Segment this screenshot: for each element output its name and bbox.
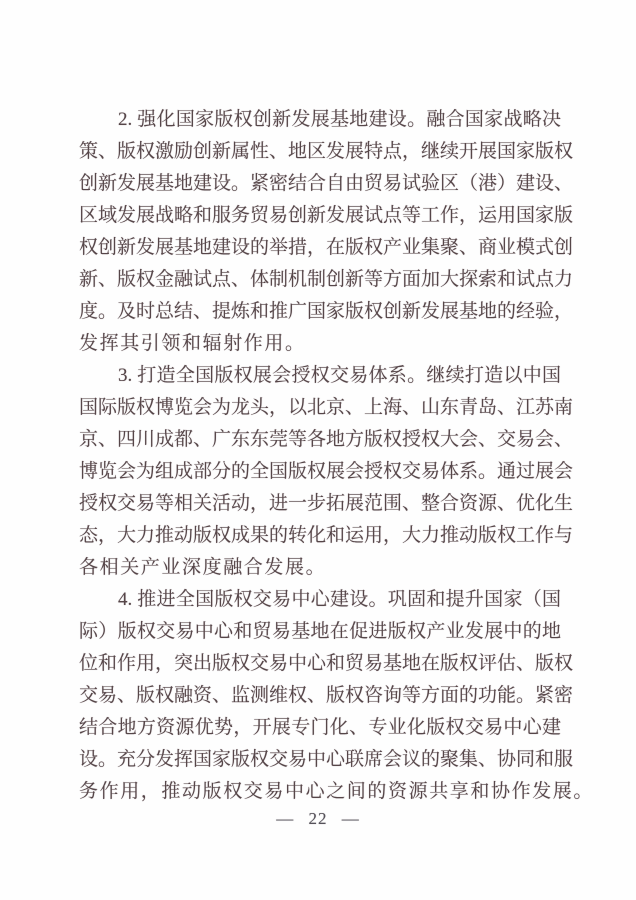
text-line: 区域发展战略和服务贸易创新发展试点等工作，运用国家版	[79, 200, 561, 232]
text-line: 京、四川成都、广东东莞等各地方版权授权大会、交易会、	[79, 424, 561, 456]
text-line: 交易、版权融资、监测维权、版权咨询等方面的功能。紧密	[79, 680, 561, 712]
text-line: 态，大力推动版权成果的转化和运用，大力推动版权工作与	[79, 520, 561, 552]
text-line: 4. 推进全国版权交易中心建设。巩固和提升国家（国	[79, 584, 561, 616]
document-page: 2. 强化国家版权创新发展基地建设。融合国家战略决策、版权激励创新属性、地区发展…	[0, 0, 636, 900]
text-line: 新、版权金融试点、体制机制创新等方面加大探索和试点力	[79, 264, 561, 296]
text-line: 发挥其引领和辐射作用。	[79, 328, 561, 360]
text-line: 务作用，推动版权交易中心之间的资源共享和协作发展。	[79, 776, 561, 808]
document-body: 2. 强化国家版权创新发展基地建设。融合国家战略决策、版权激励创新属性、地区发展…	[79, 104, 561, 808]
text-line: 博览会为组成部分的全国版权展会授权交易体系。通过展会	[79, 456, 561, 488]
text-line: 设。充分发挥国家版权交易中心联席会议的聚集、协同和服	[79, 744, 561, 776]
text-line: 结合地方资源优势，开展专门化、专业化版权交易中心建	[79, 712, 561, 744]
text-line: 位和作用，突出版权交易中心和贸易基地在版权评估、版权	[79, 648, 561, 680]
text-line: 2. 强化国家版权创新发展基地建设。融合国家战略决	[79, 104, 561, 136]
text-line: 际）版权交易中心和贸易基地在促进版权产业发展中的地	[79, 616, 561, 648]
text-line: 3. 打造全国版权展会授权交易体系。继续打造以中国	[79, 360, 561, 392]
text-line: 国际版权博览会为龙头，以北京、上海、山东青岛、江苏南	[79, 392, 561, 424]
text-line: 授权交易等相关活动，进一步拓展范围、整合资源、优化生	[79, 488, 561, 520]
text-line: 各相关产业深度融合发展。	[79, 552, 561, 584]
text-line: 度。及时总结、提炼和推广国家版权创新发展基地的经验，	[79, 296, 561, 328]
text-line: 策、版权激励创新属性、地区发展特点，继续开展国家版权	[79, 136, 561, 168]
page-number: — 22 —	[0, 806, 636, 832]
text-line: 创新发展基地建设。紧密结合自由贸易试验区（港）建设、	[79, 168, 561, 200]
text-line: 权创新发展基地建设的举措，在版权产业集聚、商业模式创	[79, 232, 561, 264]
